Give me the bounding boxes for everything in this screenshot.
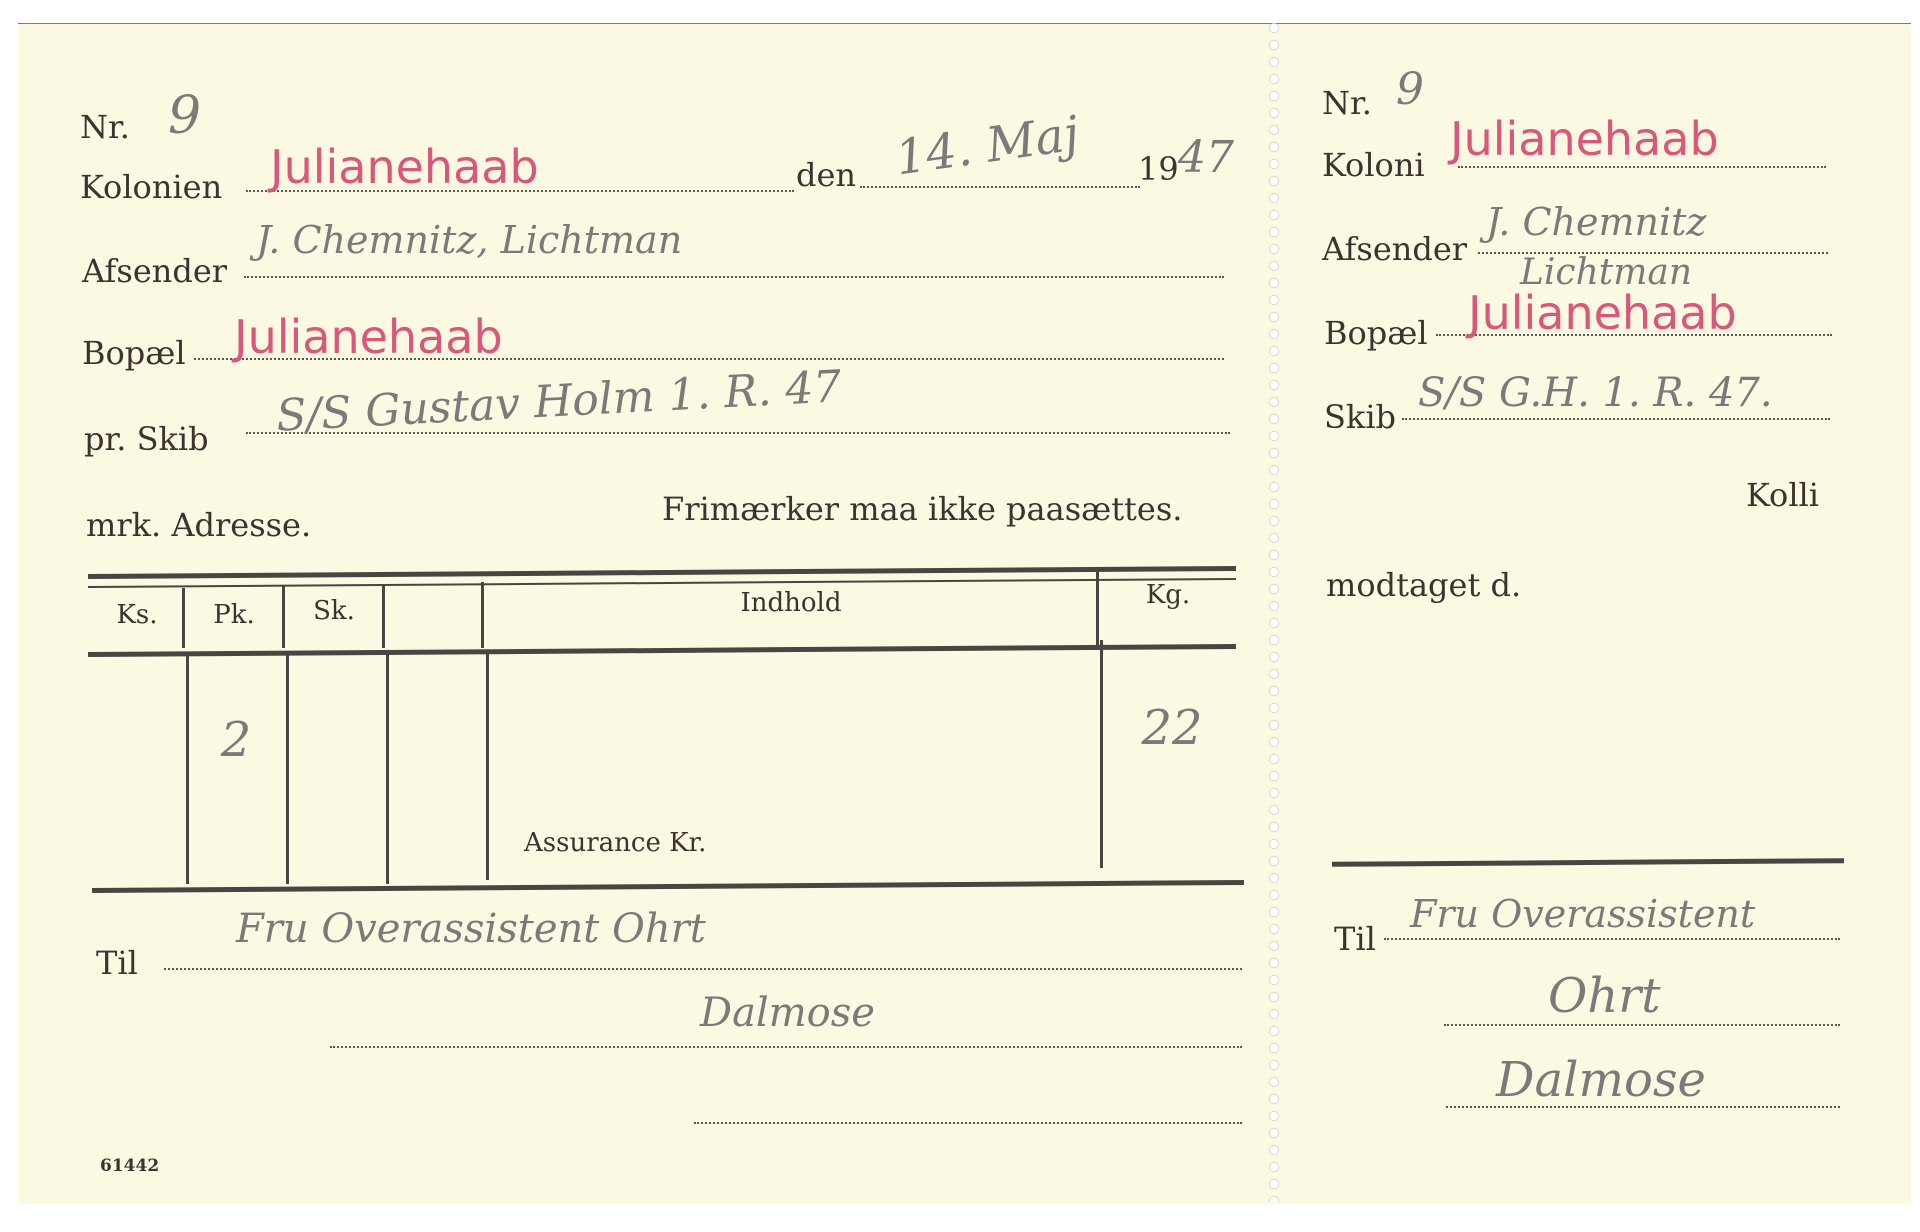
nr-label: Nr. — [80, 108, 130, 146]
stub-nr-value: 9 — [1396, 64, 1424, 115]
stub-skib-line — [1402, 418, 1830, 420]
col-divider — [1096, 568, 1099, 648]
col-divider — [182, 588, 185, 648]
bopael-label: Bopæl — [82, 334, 186, 372]
til-line-3 — [694, 1122, 1242, 1124]
date-line — [860, 186, 1140, 188]
stub-skib-value: S/S G.H. 1. R. 47. — [1418, 370, 1773, 416]
col-divider — [186, 654, 189, 884]
skib-label: pr. Skib — [84, 420, 209, 458]
col-divider — [282, 586, 285, 648]
table-header-sk: Sk. — [286, 596, 382, 626]
stub-bopael-label: Bopæl — [1324, 314, 1428, 352]
afsender-label: Afsender — [82, 252, 227, 290]
stub-afsender-value-1: J. Chemnitz — [1486, 200, 1706, 244]
table-header-ks: Ks. — [92, 600, 182, 630]
stub-koloni-line — [1458, 166, 1826, 168]
perforation-line — [1268, 22, 1280, 1202]
stub-nr-label: Nr. — [1322, 84, 1372, 122]
table-header-indhold: Indhold — [486, 588, 1096, 618]
stub-til-label: Til — [1334, 920, 1376, 958]
kolonien-stamp: Julianehaab — [270, 140, 539, 194]
bopael-stamp: Julianehaab — [234, 310, 503, 364]
assurance-label: Assurance Kr. — [524, 828, 706, 858]
col-divider — [382, 584, 385, 648]
table-header-pk: Pk. — [186, 600, 282, 630]
til-value-2: Dalmose — [700, 990, 875, 1036]
til-line-1 — [164, 968, 1242, 970]
stub-skib-label: Skib — [1324, 398, 1396, 436]
col-divider — [486, 650, 489, 880]
kolonien-label: Kolonien — [80, 168, 222, 206]
til-label: Til — [96, 944, 138, 982]
stub-koloni-stamp: Julianehaab — [1450, 112, 1719, 166]
table-header-kg: Kg. — [1100, 580, 1236, 610]
til-value-1: Fru Overassistent Ohrt — [236, 906, 706, 952]
stub-kolli-label: Kolli — [1746, 476, 1819, 514]
afsender-value: J. Chemnitz, Lichtman — [256, 218, 682, 262]
den-label: den — [796, 156, 856, 194]
til-line-2 — [330, 1046, 1242, 1048]
stub-koloni-label: Koloni — [1322, 146, 1425, 184]
cell-kg: 22 — [1104, 700, 1240, 756]
stub-til-value-2: Ohrt — [1548, 968, 1661, 1024]
cell-pk: 2 — [186, 712, 286, 768]
stub-til-line-1 — [1384, 938, 1840, 940]
mrk-adresse-label: mrk. Adresse. — [86, 506, 311, 544]
afsender-line — [244, 276, 1224, 278]
col-divider — [1100, 640, 1103, 868]
year-prefix: 19 — [1138, 150, 1179, 188]
col-divider — [481, 582, 484, 648]
stub-modtaget-label: modtaget d. — [1326, 566, 1521, 604]
year-suffix: 47 — [1178, 132, 1234, 183]
form-number: 61442 — [100, 1156, 159, 1176]
nr-value: 9 — [168, 86, 201, 146]
stub-til-value-3: Dalmose — [1496, 1052, 1706, 1108]
stamp-notice: Frimærker maa ikke paasættes. — [662, 490, 1182, 528]
stub-bopael-stamp: Julianehaab — [1468, 286, 1737, 340]
stub-afsender-label: Afsender — [1322, 230, 1467, 268]
stub-til-line-2 — [1444, 1024, 1840, 1026]
col-divider — [286, 654, 289, 884]
stub-til-value-1: Fru Overassistent — [1410, 892, 1755, 936]
col-divider — [386, 652, 389, 884]
